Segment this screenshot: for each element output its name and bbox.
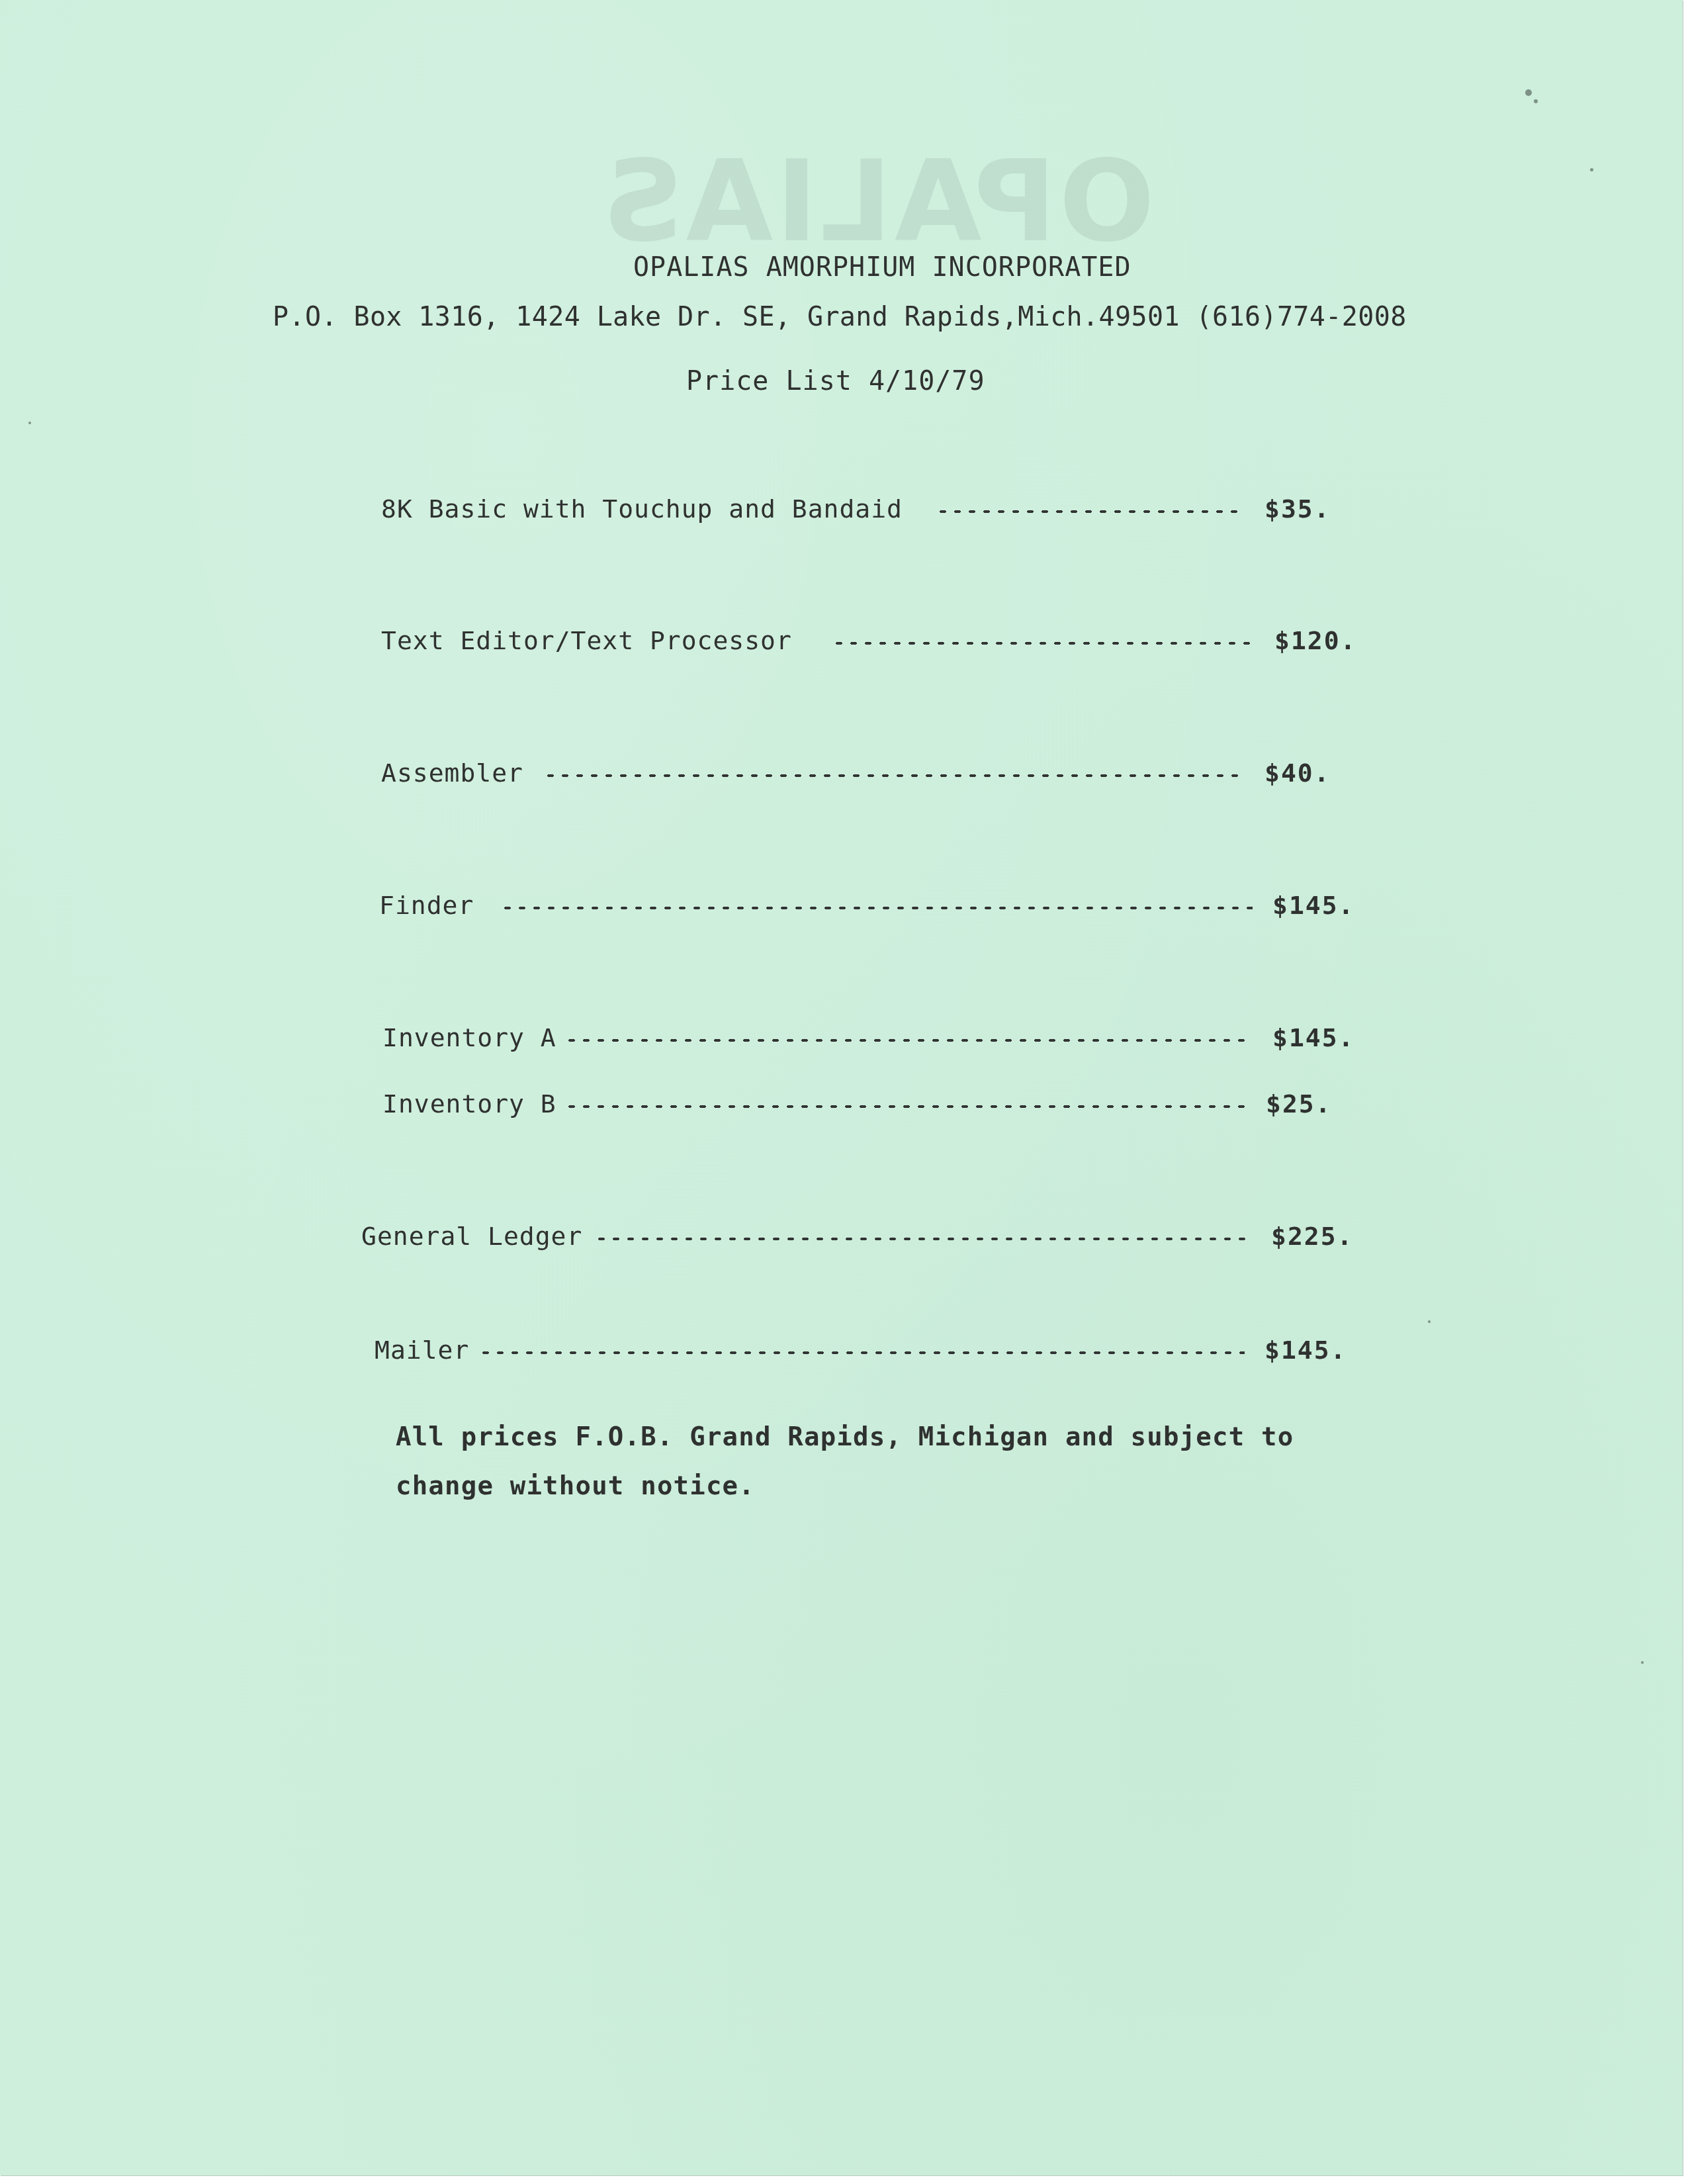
paper-speck <box>1534 99 1538 103</box>
bleed-through-logo: OPALIAS <box>632 149 1155 255</box>
price-list-title: Price List 4/10/79 <box>686 365 985 397</box>
dot-leader <box>564 1104 1253 1109</box>
company-address: P.O. Box 1316, 1424 Lake Dr. SE, Grand R… <box>273 301 1407 333</box>
dot-leader <box>564 1038 1253 1043</box>
paper-speck <box>1428 1320 1431 1323</box>
paper-speck <box>1641 1661 1644 1664</box>
dot-leader <box>543 773 1245 778</box>
pricing-terms-line-2: change without notice. <box>396 1471 755 1502</box>
price-item: Text Editor/Text Processor $120. <box>381 625 1387 657</box>
price-item: Inventory A $145. <box>382 1022 1385 1054</box>
company-name: OPALIAS AMORPHIUM INCORPORATED <box>633 251 1131 283</box>
dot-leader <box>594 1236 1251 1242</box>
dot-leader <box>478 1350 1245 1355</box>
price-item: General Ledger $225. <box>361 1220 1384 1252</box>
price-item: 8K Basic with Touchup and Bandaid $35. <box>381 493 1377 525</box>
dot-leader <box>500 905 1253 911</box>
item-name: Text Editor/Text Processor <box>381 625 792 657</box>
price-item: Mailer $145. <box>375 1334 1377 1366</box>
dot-leader <box>936 509 1245 514</box>
item-price: $145. <box>1272 889 1385 921</box>
item-name: Inventory A <box>382 1022 556 1054</box>
paper-speck <box>1590 168 1593 171</box>
item-price: $225. <box>1271 1220 1384 1252</box>
item-price: $145. <box>1264 1334 1377 1366</box>
item-name: Assembler <box>381 757 523 789</box>
paper-speck <box>1525 89 1532 96</box>
item-price: $120. <box>1274 625 1387 657</box>
item-name: General Ledger <box>361 1220 582 1252</box>
paper-speck <box>28 422 31 424</box>
price-list-page: OPALIAS OPALIAS AMORPHIUM INCORPORATED P… <box>0 0 1683 2175</box>
item-name: Finder <box>379 889 474 921</box>
price-item: Finder $145. <box>379 889 1385 921</box>
dot-leader <box>832 641 1255 646</box>
item-price: $40. <box>1264 757 1377 789</box>
price-item: Assembler $40. <box>381 757 1377 789</box>
item-name: 8K Basic with Touchup and Bandaid <box>381 493 903 525</box>
price-item: Inventory B $25. <box>382 1088 1378 1120</box>
pricing-terms-line-1: All prices F.O.B. Grand Rapids, Michigan… <box>396 1422 1294 1453</box>
item-name: Inventory B <box>382 1088 556 1120</box>
item-price: $145. <box>1272 1022 1385 1054</box>
item-price: $25. <box>1266 1088 1378 1120</box>
item-name: Mailer <box>375 1334 469 1366</box>
item-price: $35. <box>1264 493 1377 525</box>
